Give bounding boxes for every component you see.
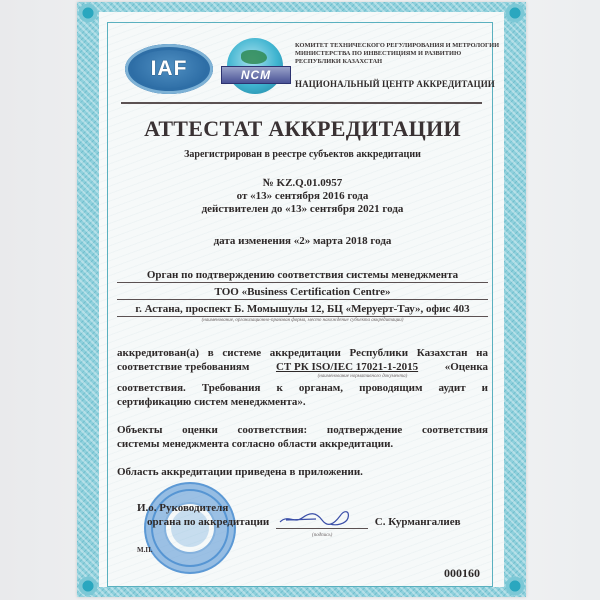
issue-date: от «13» сентября 2016 года	[117, 190, 488, 203]
registry-note: Зарегистрирован в реестре субъектов аккр…	[117, 149, 488, 160]
signatory-organ: органа по аккредитации	[147, 516, 269, 528]
corner-ornament-icon	[504, 2, 526, 24]
requirements-line: соответствие требованиям СТ РК ISO/IEC 1…	[117, 360, 488, 374]
issuing-authority: КОМИТЕТ ТЕХНИЧЕСКОГО РЕГУЛИРОВАНИЯ И МЕТ…	[295, 42, 520, 89]
certificate-paper: IAF NCM КОМИТЕТ ТЕХНИЧЕСКОГО РЕГУЛИРОВАН…	[99, 12, 504, 587]
scope-note: Область аккредитации приведена в приложе…	[117, 465, 488, 479]
signatory-row: органа по аккредитации (подпись) С. Курм…	[117, 515, 488, 529]
standard-title-start: «Оценка	[445, 360, 488, 374]
authority-line: РЕСПУБЛИКИ КАЗАХСТАН	[295, 58, 520, 66]
address-caption: (наименование, организационно-правовая ф…	[117, 318, 488, 323]
assessment-objects: системы менеджмента согласно области акк…	[117, 437, 488, 451]
standard-caption: (наименование нормативного документа)	[177, 374, 548, 379]
corner-ornament-icon	[77, 575, 99, 597]
ncm-globe-logo-icon: NCM	[227, 38, 283, 94]
certificate-number: № KZ.Q.01.0957	[117, 177, 488, 190]
serial-number: 000160	[444, 566, 480, 581]
standard-code: СТ РК ISO/IEC 17021-1-2015	[276, 360, 418, 374]
company-name: ТОО «Business Certification Centre»	[117, 286, 488, 300]
company-address: г. Астана, проспект Б. Момышулы 12, БЦ «…	[117, 303, 488, 317]
signature-icon	[276, 508, 368, 530]
requirements-prefix: соответствие требованиям	[117, 360, 249, 374]
iaf-logo-text: IAF	[151, 57, 188, 81]
signature-block: И.о. Руководителя органа по аккредитации…	[117, 501, 488, 529]
certificate-number-block: № KZ.Q.01.0957 от «13» сентября 2016 год…	[117, 177, 488, 216]
header-divider	[121, 102, 482, 104]
corner-ornament-icon	[504, 575, 526, 597]
signature-line: (подпись)	[276, 516, 368, 529]
certificate-header: IAF NCM КОМИТЕТ ТЕХНИЧЕСКОГО РЕГУЛИРОВАН…	[125, 36, 505, 96]
ncm-logo-text: NCM	[221, 66, 291, 84]
body-type: Орган по подтверждению соответствия сист…	[117, 269, 488, 283]
accreditation-center-name: НАЦИОНАЛЬНЫЙ ЦЕНТР АККРЕДИТАЦИИ	[295, 79, 520, 89]
assessment-objects: Объекты оценки соответствия: подтвержден…	[117, 423, 488, 437]
corner-ornament-icon	[77, 2, 99, 24]
accreditation-intro: аккредитован(а) в системе аккредитации Р…	[117, 347, 488, 359]
signatory-name: С. Курмангалиев	[375, 516, 461, 528]
signature-caption: (подпись)	[312, 529, 332, 543]
standard-title-line: сертификацию систем менеджмента».	[117, 395, 488, 409]
certificate-document: IAF NCM КОМИТЕТ ТЕХНИЧЕСКОГО РЕГУЛИРОВАН…	[77, 2, 526, 597]
change-date: дата изменения «2» марта 2018 года	[117, 235, 488, 247]
iaf-logo-icon: IAF	[125, 44, 213, 94]
valid-until-date: действителен до «13» сентября 2021 года	[117, 203, 488, 216]
authority-line: КОМИТЕТ ТЕХНИЧЕСКОГО РЕГУЛИРОВАНИЯ И МЕТ…	[295, 42, 520, 50]
page-title: АТТЕСТАТ АККРЕДИТАЦИИ	[117, 116, 488, 142]
accreditation-statement: аккредитован(а) в системе аккредитации Р…	[117, 346, 488, 360]
stamp-place-label: М.П.	[137, 543, 153, 557]
authority-line: МИНИСТЕРСТВА ПО ИНВЕСТИЦИЯМ И РАЗВИТИЮ	[295, 50, 520, 58]
standard-title-line: соответствия. Требования к органам, пров…	[117, 381, 488, 395]
